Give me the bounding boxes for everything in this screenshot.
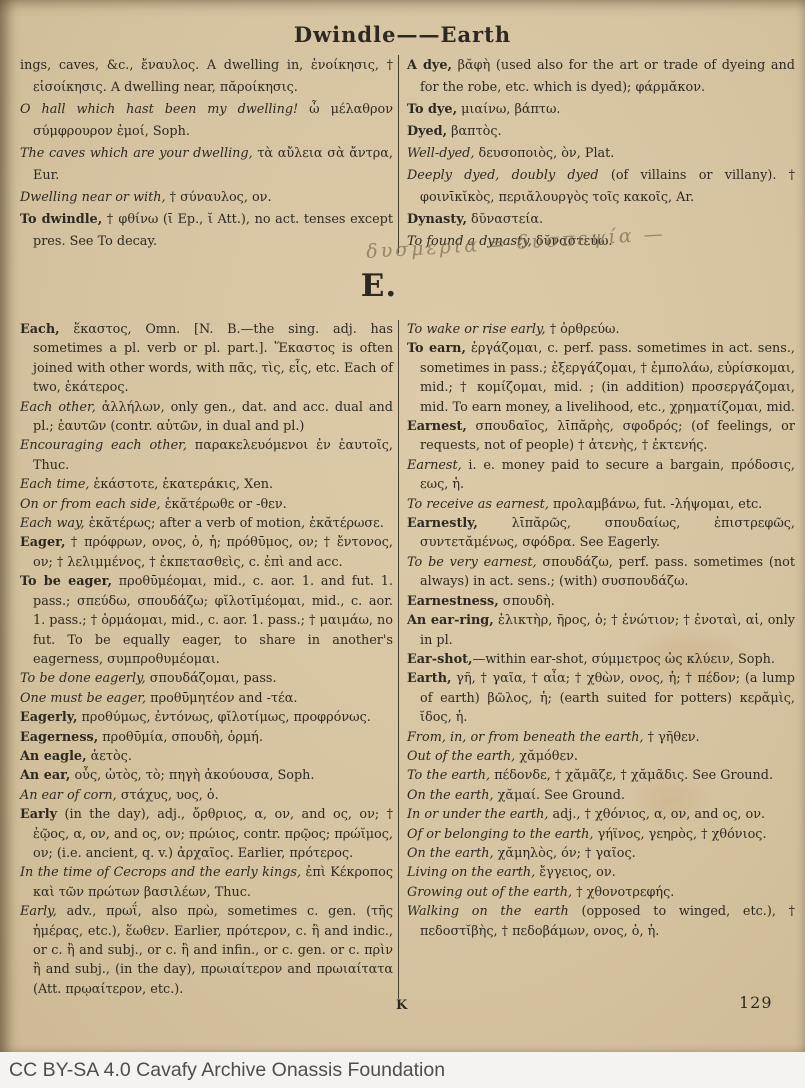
dictionary-entry: Ear-shot,—within ear-shot, σύμμετρος ὡς …: [407, 650, 795, 669]
dictionary-entry: Walking on the earth (opposed to winged,…: [407, 902, 795, 941]
entry-text: † ὀρθρεύω.: [546, 322, 620, 337]
dictionary-entry: Well-dyed, δευσοποιὸς, ὸν, Plat.: [407, 143, 795, 165]
entry-headword: To be eager,: [20, 574, 112, 589]
entry-text: δῠναστεία.: [467, 212, 543, 227]
dictionary-entry: Each other, ἀλλήλων, only gen., dat. and…: [20, 398, 393, 437]
entry-headword: Eagerly,: [20, 710, 77, 725]
dictionary-entry: Eagerness, προθῡμία, σπουδὴ, ὁρμή.: [20, 728, 393, 747]
dictionary-entry: To be done eagerly, σπουδάζομαι, pass.: [20, 669, 393, 688]
dictionary-entry: Earnest, σπουδαῖος, λῑπᾰρὴς, σφοδρός; (o…: [407, 417, 795, 456]
dictionary-entry: Dwelling near or with, † σύναυλος, ον.: [20, 187, 393, 209]
entry-headword: In the time of Cecrops and the early kin…: [20, 865, 301, 880]
entry-text: χᾰμαί. See Ground.: [494, 788, 625, 803]
entry-headword: Earnestness,: [407, 594, 499, 609]
entry-headword: From, in, or from beneath the earth,: [407, 730, 644, 745]
dictionary-entry: Deeply dyed, doubly dyed (of villains or…: [407, 165, 795, 209]
entry-headword: Eager,: [20, 535, 65, 550]
dictionary-entry: The caves which are your dwelling, τὰ αὔ…: [20, 143, 393, 187]
entry-headword: To wake or rise early,: [407, 322, 546, 337]
entry-text: ἑκᾰτέρωθε or -θεν.: [161, 497, 287, 512]
entry-text: πέδονδε, † χᾰμᾶζε, † χᾰμᾶδις. See Ground…: [490, 768, 773, 783]
top-left-column: ings, caves, &c., ἔναυλος. A dwelling in…: [20, 55, 398, 253]
entry-text: ἕκαστος, Omn. [N. B.—the sing. adj. has …: [33, 322, 393, 395]
entry-headword: Each other,: [20, 400, 96, 415]
entry-headword: Out of the earth,: [407, 749, 515, 764]
entry-headword: Earth,: [407, 671, 451, 686]
top-right-column: A dye, βᾰφὴ (used also for the art or tr…: [398, 55, 795, 253]
dictionary-entry: An ear-ring, ἑλικτὴρ, ῆρος, ὁ; † ἐνώτιον…: [407, 611, 795, 650]
entry-headword: An eagle,: [20, 749, 87, 764]
entry-text: γῆ, † γαῖα, † αἶα; † χθὼν, ονος, ἡ; † πέ…: [420, 671, 795, 725]
dictionary-entry: Early, adv., πρωΐ, also πρὼ, sometimes c…: [20, 902, 393, 999]
entry-headword: On the earth,: [407, 846, 494, 861]
entry-headword: On the earth,: [407, 788, 494, 803]
entry-headword: An ear-ring,: [407, 613, 494, 628]
entry-headword: To the earth,: [407, 768, 490, 783]
main-right-column: To wake or rise early, † ὀρθρεύω.To earn…: [398, 320, 795, 999]
entry-headword: Ear-shot,: [407, 652, 473, 667]
entry-headword: Each way,: [20, 516, 85, 531]
entry-text: (in the day), adj., ὄρθριος, α, ον, and …: [33, 807, 393, 861]
entry-text: † πρόφρων, ονος, ὁ, ἡ; πρόθῡμος, ον; † ἔ…: [33, 535, 393, 569]
entry-text: προθύμως, ἐντόνως, φῐλοτίμως, προφρόνως.: [77, 710, 370, 725]
dictionary-entry: Earnestness, σπουδὴ.: [407, 592, 795, 611]
license-footer: CC BY-SA 4.0 Cavafy Archive Onassis Foun…: [0, 1052, 805, 1088]
dictionary-entry: To dwindle, † φθίνω (ῑ Ep., ῐ Att.), no …: [20, 209, 393, 253]
entry-text: γήϊνος, γεηρὸς, † χθόνιος.: [594, 827, 767, 842]
signature-mark: K: [396, 998, 407, 1013]
entry-headword: To be very earnest,: [407, 555, 537, 570]
entry-text: προθῡμητέον and -τέα.: [146, 691, 297, 706]
entry-text: βᾰφὴ (used also for the art or trade of …: [420, 58, 795, 95]
dictionary-entry: To be eager, προθῡμέομαι, mid., c. aor. …: [20, 572, 393, 669]
dictionary-entry: Earnestly, λῑπᾰρῶς, σπουδαίως, ἐπιστρεφῶ…: [407, 514, 795, 553]
entry-headword: Growing out of the earth,: [407, 885, 572, 900]
dictionary-entry: Living on the earth, ἔγγειος, ον.: [407, 863, 795, 882]
entry-text: ἑκάστοτε, ἑκατεράκις, Xen.: [89, 477, 273, 492]
entry-headword: An ear,: [20, 768, 70, 783]
entry-headword: Dyed,: [407, 124, 447, 139]
running-head: Dwindle——Earth: [0, 22, 805, 47]
entry-headword: Dwelling near or with,: [20, 190, 166, 205]
dictionary-entry: Each time, ἑκάστοτε, ἑκατεράκις, Xen.: [20, 475, 393, 494]
entry-text: ἔγγειος, ον.: [535, 865, 615, 880]
entry-text: σπουδάζομαι, pass.: [146, 671, 277, 686]
dictionary-entry: In or under the earth, adj., † χθόνιος, …: [407, 805, 795, 824]
entry-text: —within ear-shot, σύμμετρος ὡς κλύειν, S…: [473, 652, 775, 667]
entry-headword: To be done eagerly,: [20, 671, 146, 686]
entry-headword: One must be eager,: [20, 691, 146, 706]
main-section: Each, ἕκαστος, Omn. [N. B.—the sing. adj…: [20, 320, 795, 999]
dictionary-entry: Eagerly, προθύμως, ἐντόνως, φῐλοτίμως, π…: [20, 708, 393, 727]
entry-text: ings, caves, &c., ἔναυλος. A dwelling in…: [20, 58, 393, 95]
entry-headword: Living on the earth,: [407, 865, 535, 880]
entry-text: adv., πρωΐ, also πρὼ, sometimes c. gen. …: [33, 904, 393, 997]
entry-headword: Each,: [20, 322, 60, 337]
entry-text: προθῡμία, σπουδὴ, ὁρμή.: [98, 730, 263, 745]
entry-text: adj., † χθόνιος, α, ον, and ος, ον.: [548, 807, 765, 822]
entry-text: χᾰμηλὸς, όν; † γαῖος.: [494, 846, 636, 861]
dictionary-entry: A dye, βᾰφὴ (used also for the art or tr…: [407, 55, 795, 99]
entry-text: προλαμβάνω, fut. -λήψομαι, etc.: [549, 497, 762, 512]
dictionary-entry: In the time of Cecrops and the early kin…: [20, 863, 393, 902]
dictionary-entry: Eager, † πρόφρων, ονος, ὁ, ἡ; πρόθῡμος, …: [20, 533, 393, 572]
entry-headword: To receive as earnest,: [407, 497, 549, 512]
dictionary-entry: Earth, γῆ, † γαῖα, † αἶα; † χθὼν, ονος, …: [407, 669, 795, 727]
page-number: 129: [739, 993, 773, 1012]
entry-headword: A dye,: [407, 58, 452, 73]
entry-text: † σύναυλος, ον.: [166, 190, 272, 205]
dictionary-entry: Each, ἕκαστος, Omn. [N. B.—the sing. adj…: [20, 320, 393, 398]
dictionary-entry: To dye, μιαίνω, βάπτω.: [407, 99, 795, 121]
dictionary-entry: On or from each side, ἑκᾰτέρωθε or -θεν.: [20, 495, 393, 514]
entry-text: στάχυς, υος, ὁ.: [117, 788, 219, 803]
entry-headword: O hall which hast been my dwelling!: [20, 102, 298, 117]
entry-headword: Encouraging each other,: [20, 438, 187, 453]
entry-text: σπουδαῖος, λῑπᾰρὴς, σφοδρός; (of feeling…: [420, 419, 795, 453]
entry-headword: Walking on the earth: [407, 904, 569, 919]
entry-text: i. e. money paid to secure a bargain, πρ…: [420, 458, 795, 492]
dictionary-entry: To wake or rise early, † ὀρθρεύω.: [407, 320, 795, 339]
scanned-dictionary-page: Dwindle——Earth ings, caves, &c., ἔναυλος…: [0, 0, 805, 1088]
dictionary-entry: Of or belonging to the earth, γήϊνος, γε…: [407, 825, 795, 844]
entry-headword: The caves which are your dwelling,: [20, 146, 253, 161]
dictionary-entry: Growing out of the earth, † χθονοτρεφής.: [407, 883, 795, 902]
entry-headword: Earnest,: [407, 458, 462, 473]
dictionary-entry: To earn, ἐργάζομαι, c. perf. pass. somet…: [407, 339, 795, 417]
dictionary-entry: On the earth, χᾰμαί. See Ground.: [407, 786, 795, 805]
entry-headword: Each time,: [20, 477, 89, 492]
entry-headword: Well-dyed,: [407, 146, 474, 161]
dictionary-entry: Dyed, βαπτὸς.: [407, 121, 795, 143]
dictionary-entry: O hall which hast been my dwelling! ὦ μέ…: [20, 99, 393, 143]
dictionary-entry: One must be eager, προθῡμητέον and -τέα.: [20, 689, 393, 708]
dictionary-entry: To be very earnest, σπουδάζω, perf. pass…: [407, 553, 795, 592]
main-left-column: Each, ἕκαστος, Omn. [N. B.—the sing. adj…: [20, 320, 398, 999]
entry-text: ἐργάζομαι, c. perf. pass. sometimes in a…: [420, 341, 795, 414]
entry-text: † χθονοτρεφής.: [572, 885, 674, 900]
paper-background: Dwindle——Earth ings, caves, &c., ἔναυλος…: [0, 0, 805, 1052]
entry-headword: Early,: [20, 904, 57, 919]
dictionary-entry: An ear of corn, στάχυς, υος, ὁ.: [20, 786, 393, 805]
dictionary-entry: Out of the earth, χᾰμόθεν.: [407, 747, 795, 766]
entry-headword: Deeply dyed, doubly dyed: [407, 168, 599, 183]
entry-headword: Early: [20, 807, 57, 822]
dictionary-entry: To the earth, πέδονδε, † χᾰμᾶζε, † χᾰμᾶδ…: [407, 766, 795, 785]
entry-headword: Eagerness,: [20, 730, 98, 745]
dictionary-entry: An eagle, ἀετὸς.: [20, 747, 393, 766]
entry-text: † γῆθεν.: [644, 730, 700, 745]
section-letter-heading: E.: [0, 268, 758, 304]
entry-headword: Dynasty,: [407, 212, 467, 227]
dictionary-entry: From, in, or from beneath the earth, † γ…: [407, 728, 795, 747]
entry-headword: On or from each side,: [20, 497, 161, 512]
dictionary-entry: Early (in the day), adj., ὄρθριος, α, ον…: [20, 805, 393, 863]
entry-text: ἑκᾰτέρως; after a verb of motion, ἑκᾰτέρ…: [85, 516, 384, 531]
license-text: CC BY-SA 4.0 Cavafy Archive Onassis Foun…: [9, 1059, 445, 1082]
entry-text: οὖς, ὠτὸς, τὸ; πηγὴ ἀκούουσα, Soph.: [70, 768, 314, 783]
dictionary-entry: On the earth, χᾰμηλὸς, όν; † γαῖος.: [407, 844, 795, 863]
dictionary-entry: To receive as earnest, προλαμβάνω, fut. …: [407, 495, 795, 514]
entry-headword: In or under the earth,: [407, 807, 548, 822]
entry-headword: Earnest,: [407, 419, 467, 434]
entry-text: βαπτὸς.: [447, 124, 502, 139]
entry-text: χᾰμόθεν.: [515, 749, 578, 764]
entry-text: δευσοποιὸς, ὸν, Plat.: [474, 146, 614, 161]
entry-text: μιαίνω, βάπτω.: [457, 102, 560, 117]
entry-headword: To dye,: [407, 102, 457, 117]
dictionary-entry: Earnest, i. e. money paid to secure a ba…: [407, 456, 795, 495]
entry-headword: An ear of corn,: [20, 788, 117, 803]
entry-headword: Earnestly,: [407, 516, 478, 531]
entry-text: ἀετὸς.: [87, 749, 132, 764]
dictionary-entry: Encouraging each other, παρακελευόμενοι …: [20, 436, 393, 475]
entry-headword: To earn,: [407, 341, 466, 356]
entry-headword: Of or belonging to the earth,: [407, 827, 594, 842]
entry-headword: To dwindle,: [20, 212, 102, 227]
dictionary-entry: ings, caves, &c., ἔναυλος. A dwelling in…: [20, 55, 393, 99]
dictionary-entry: Each way, ἑκᾰτέρως; after a verb of moti…: [20, 514, 393, 533]
dictionary-entry: An ear, οὖς, ὠτὸς, τὸ; πηγὴ ἀκούουσα, So…: [20, 766, 393, 785]
entry-text: σπουδὴ.: [499, 594, 555, 609]
